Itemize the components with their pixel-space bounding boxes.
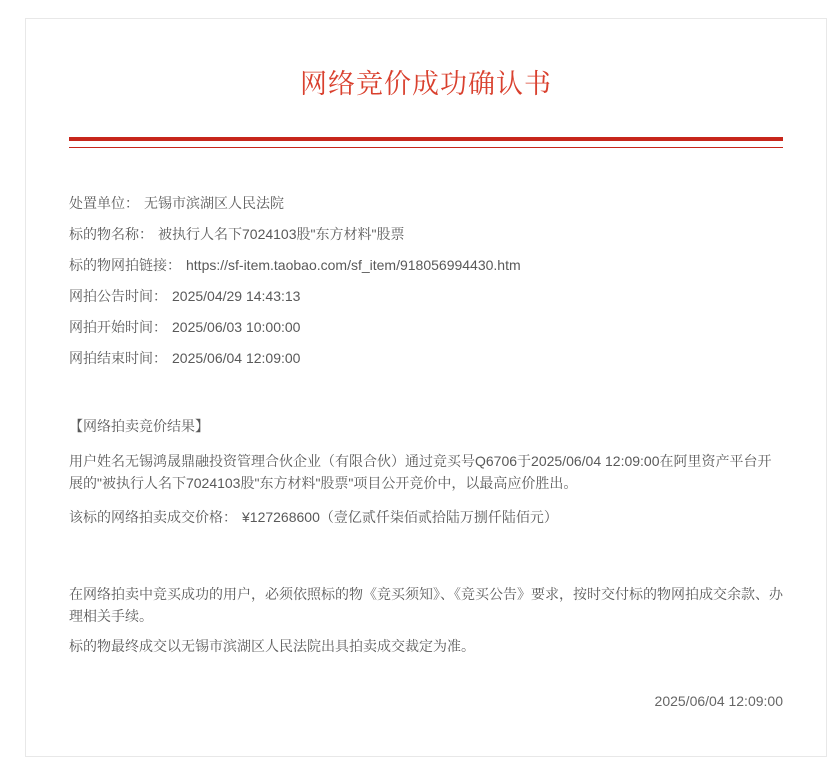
deal-price-line: 该标的网络拍卖成交价格：¥127268600（壹亿贰仟柒佰贰拾陆万捌仟陆佰元） <box>69 506 783 528</box>
price-label: 该标的网络拍卖成交价格： <box>69 509 237 525</box>
results-section-heading: 【网络拍卖竞价结果】 <box>69 415 783 437</box>
auction-item-url: https://sf-item.taobao.com/sf_item/91805… <box>186 257 521 273</box>
field-end-time: 网拍结束时间：2025/06/04 12:09:00 <box>69 347 783 369</box>
confirmation-document: 网络竞价成功确认书 处置单位：无锡市滨湖区人民法院 标的物名称：被执行人名下70… <box>25 18 827 757</box>
field-value: 2025/04/29 14:43:13 <box>172 288 300 304</box>
field-subject-name: 标的物名称：被执行人名下7024103股"东方材料"股票 <box>69 223 783 245</box>
field-value: 2025/06/04 12:09:00 <box>172 350 300 366</box>
field-value: 无锡市滨湖区人民法院 <box>144 195 284 211</box>
divider-thick-rule <box>69 137 783 141</box>
field-label: 网拍结束时间： <box>69 350 167 366</box>
field-start-time: 网拍开始时间：2025/06/03 10:00:00 <box>69 316 783 338</box>
browser-viewport: 网络竞价成功确认书 处置单位：无锡市滨湖区人民法院 标的物名称：被执行人名下70… <box>0 0 836 774</box>
field-auction-link: 标的物网拍链接：https://sf-item.taobao.com/sf_it… <box>69 254 783 276</box>
field-label: 网拍公告时间： <box>69 288 167 304</box>
final-ruling-notice: 标的物最终成交以无锡市滨湖区人民法院出具拍卖成交裁定为准。 <box>69 635 783 657</box>
footer-timestamp: 2025/06/04 12:09:00 <box>69 690 783 712</box>
price-value: ¥127268600（壹亿贰仟柒佰贰拾陆万捌仟陆佰元） <box>242 509 558 525</box>
field-value: 被执行人名下7024103股"东方材料"股票 <box>158 226 404 242</box>
field-announcement-time: 网拍公告时间：2025/04/29 14:43:13 <box>69 285 783 307</box>
field-label: 标的物网拍链接： <box>69 257 181 273</box>
document-content: 网络竞价成功确认书 处置单位：无锡市滨湖区人民法院 标的物名称：被执行人名下70… <box>26 69 826 712</box>
field-value: 2025/06/03 10:00:00 <box>172 319 300 335</box>
field-label: 网拍开始时间： <box>69 319 167 335</box>
page-title: 网络竞价成功确认书 <box>69 69 783 99</box>
field-label: 处置单位： <box>69 195 139 211</box>
winner-paragraph: 用户姓名无锡鸿晟鼎融投资管理合伙企业（有限合伙）通过竞买号Q6706于2025/… <box>69 450 783 494</box>
payment-notice: 在网络拍卖中竞买成功的用户，必须依照标的物《竞买须知》、《竞买公告》要求，按时交… <box>69 583 783 627</box>
auction-info-list: 处置单位：无锡市滨湖区人民法院 标的物名称：被执行人名下7024103股"东方材… <box>69 192 783 369</box>
field-disposal-unit: 处置单位：无锡市滨湖区人民法院 <box>69 192 783 214</box>
field-label: 标的物名称： <box>69 226 153 242</box>
divider-thin-rule <box>69 147 783 148</box>
